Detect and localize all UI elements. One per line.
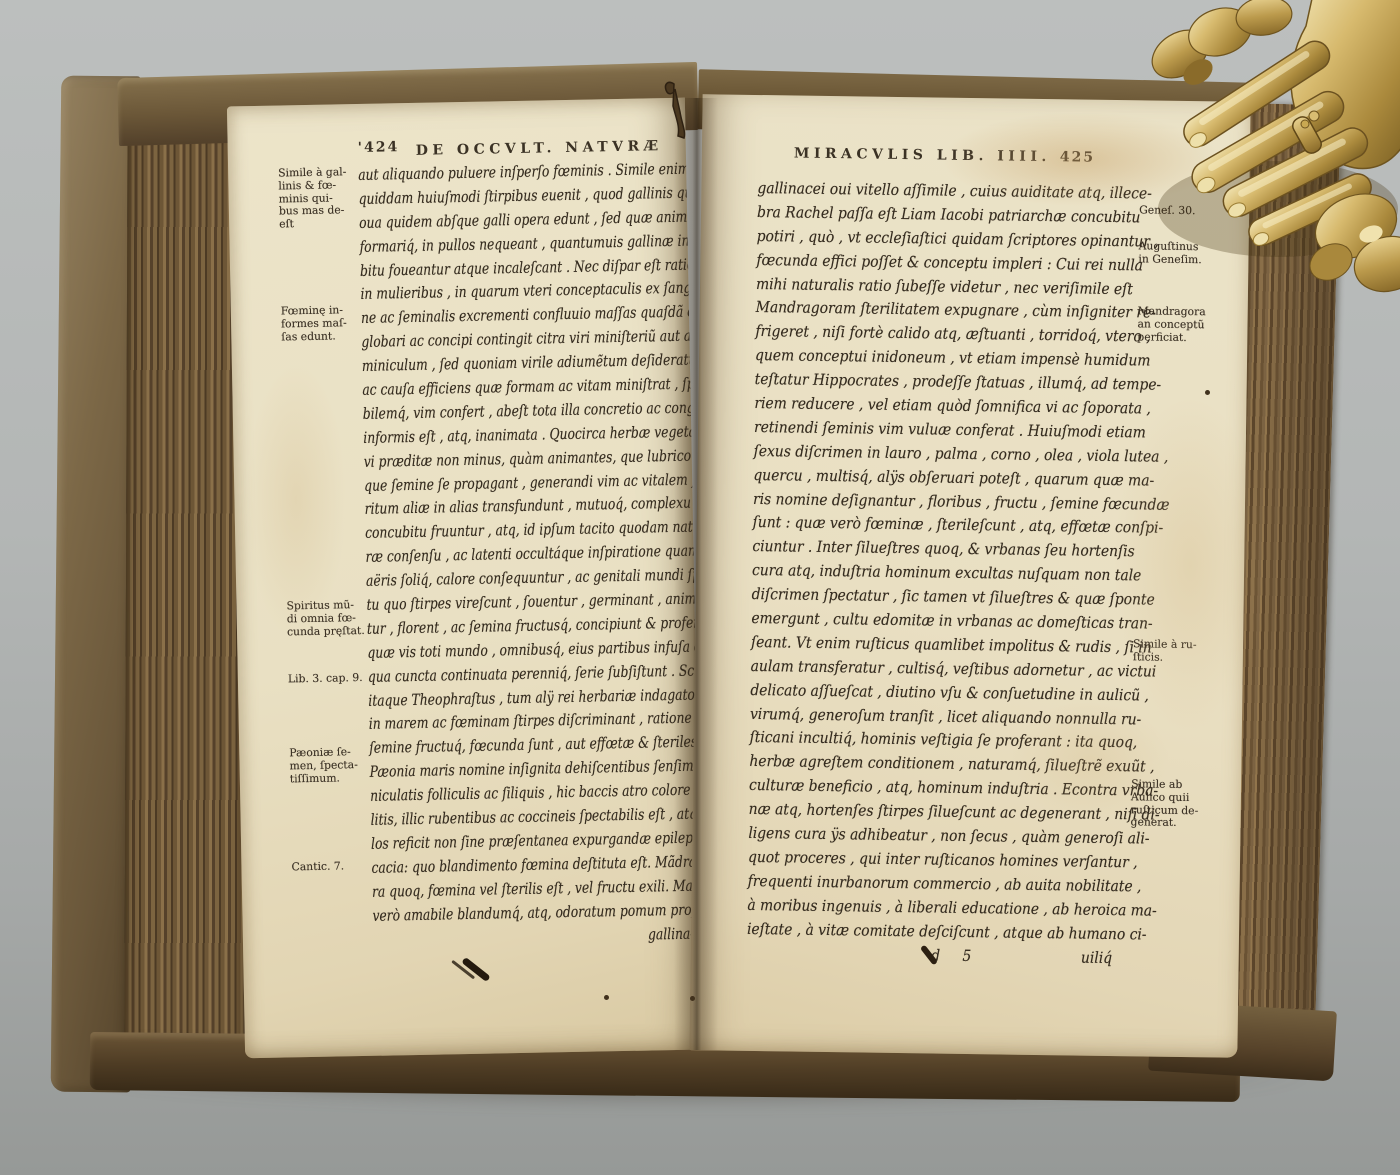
running-title-left: DE OCCVLT. NATVRÆ <box>416 138 663 159</box>
page-number-right: 425 <box>1060 149 1095 165</box>
page-number-left: '424 <box>358 139 400 156</box>
book-gutter <box>674 98 718 1050</box>
margin-note: Pæoniæ ſe- men, ſpecta- tiſſimum. <box>289 746 372 786</box>
left-page: '424 DE OCCVLT. NATVRÆ Simile à gal- lin… <box>227 98 703 1059</box>
margin-note: Fœminę in- formes maſ- ſas edunt. <box>281 304 364 344</box>
margin-note: Spiritus mũ- di omnia fœ- cunda pręſtat. <box>286 599 369 639</box>
ink-speck <box>690 996 695 1001</box>
margin-note: Lib. 3. cap. 9. <box>288 672 370 686</box>
ink-speck <box>1205 390 1210 395</box>
margin-note: Simile à gal- linis & fœ- minis qui- bus… <box>278 166 361 232</box>
ink-speck <box>604 995 609 1000</box>
left-page-body: aut aliquando puluere inſperſo fœminis .… <box>358 158 695 952</box>
signature-mark: d 5 <box>747 941 981 968</box>
brass-hand-sculpture <box>1128 0 1400 300</box>
catchword-right: uiliq́ <box>1081 946 1112 970</box>
right-page-body: gallinacei oui vitello aſſimile , cuius … <box>747 177 1123 970</box>
margin-note: Cantic. 7. <box>291 860 373 874</box>
clasp-remnant <box>660 78 706 140</box>
running-title-right: MIRACVLIS LIB. IIII. <box>794 146 1051 166</box>
photo-scene: '424 DE OCCVLT. NATVRÆ Simile à gal- lin… <box>0 0 1400 1175</box>
